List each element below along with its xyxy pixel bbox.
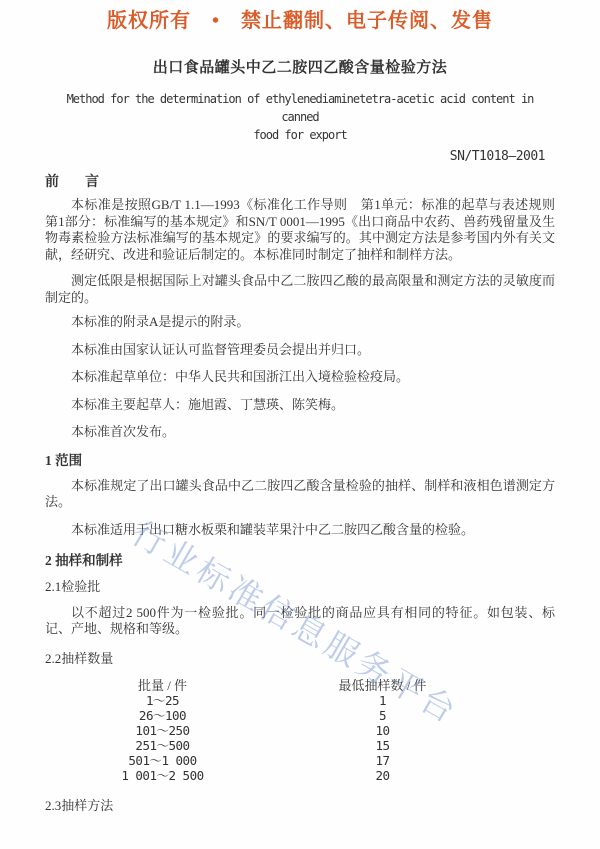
batch-range: 251～500 [45,738,280,753]
document-page: 行业标准信息服务平台 版权所有 • 禁止翻制、电子传阅、发售 出口食品罐头中乙二… [0,0,600,849]
standard-code: SN/T1018—2001 [45,149,545,164]
min-sample-count: 5 [280,708,485,723]
section-2-1-heading: 2.1检验批 [45,579,555,596]
min-sample-count: 10 [280,723,485,738]
batch-range: 101～250 [45,723,280,738]
table-header-min-samples: 最低抽样数 / 件 [280,678,485,693]
section-2-3-heading: 2.3抽样方法 [45,798,555,815]
table-row: 101～250 10 [45,723,485,738]
min-sample-count: 1 [280,693,485,708]
batch-range: 501～1 000 [45,753,280,768]
foreword-paragraph-4: 本标准由国家认证认可监督管理委员会提出并归口。 [45,342,555,359]
section-2-2-heading: 2.2抽样数量 [45,651,555,668]
foreword-paragraph-1: 本标准是按照GB/T 1.1—1993《标准化工作导则 第1单元：标准的起草与表… [45,197,555,263]
document-title-en: Method for the determination of ethylene… [45,90,555,144]
table-row: 26～100 5 [45,708,485,723]
foreword-paragraph-7: 本标准首次发布。 [45,424,555,441]
foreword-paragraph-2: 测定低限是根据国际上对罐头食品中乙二胺四乙酸的最高限量和测定方法的灵敏度而制定的… [45,273,555,306]
document-title-zh: 出口食品罐头中乙二胺四乙酸含量检验方法 [45,60,555,77]
table-row: 251～500 15 [45,738,485,753]
table-header-batch: 批量 / 件 [45,678,280,693]
document-title-en-line1: Method for the determination of ethylene… [67,92,534,124]
batch-range: 26～100 [45,708,280,723]
batch-range: 1 001～2 500 [45,768,280,783]
table-header-row: 批量 / 件 最低抽样数 / 件 [45,678,485,693]
min-sample-count: 20 [280,768,485,783]
min-sample-count: 17 [280,753,485,768]
section-2-heading: 2 抽样和制样 [45,552,555,569]
table-row: 501～1 000 17 [45,753,485,768]
foreword-paragraph-5: 本标准起草单位：中华人民共和国浙江出入境检验检疫局。 [45,369,555,386]
section-1-paragraph-1: 本标准规定了出口罐头食品中乙二胺四乙酸含量检验的抽样、制样和液相色谱测定方法。 [45,478,555,511]
batch-range: 1～25 [45,693,280,708]
table-row: 1～25 1 [45,693,485,708]
foreword-heading: 前 言 [45,174,555,191]
table-row: 1 001～2 500 20 [45,768,485,783]
sampling-quantity-table: 批量 / 件 最低抽样数 / 件 1～25 1 26～100 5 101～250… [45,678,485,783]
copyright-notice: 版权所有 • 禁止翻制、电子传阅、发售 [0,0,600,33]
document-title-en-line2: food for export [253,128,346,142]
document-content: 出口食品罐头中乙二胺四乙酸含量检验方法 Method for the deter… [0,60,600,815]
section-1-heading: 1 范围 [45,452,555,469]
min-sample-count: 15 [280,738,485,753]
foreword-paragraph-6: 本标准主要起草人：施旭霞、丁慧瑛、陈笑梅。 [45,397,555,414]
foreword-paragraph-3: 本标准的附录A是提示的附录。 [45,314,555,331]
section-2-1-paragraph: 以不超过2 500件为一检验批。同一检验批的商品应具有相同的特征。如包装、标记、… [45,605,555,638]
section-1-paragraph-2: 本标准适用于出口糖水板栗和罐装苹果汁中乙二胺四乙酸含量的检验。 [45,522,555,539]
